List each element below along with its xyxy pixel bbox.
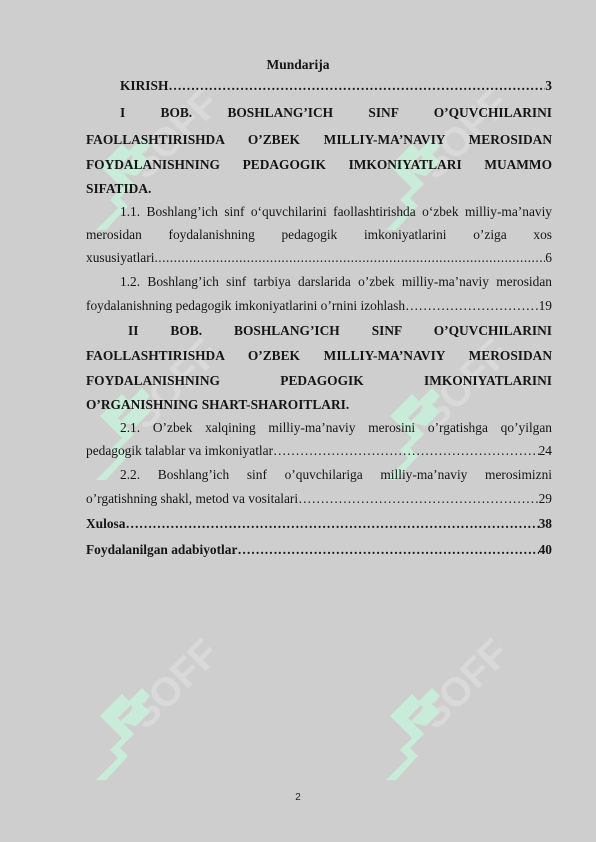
dot-leader — [168, 77, 545, 94]
page-title: Mundarija — [0, 57, 596, 73]
toc-entry-label: Xulosa — [86, 515, 125, 532]
toc-entry-xulosa[interactable]: Xulosa 38 — [86, 515, 552, 532]
toc-section-2-1-line[interactable]: pedagogik talablar va imkoniyatlar 24 — [86, 442, 552, 459]
toc-section-1-1-line[interactable]: xususiyatlari 6 — [86, 249, 552, 266]
toc-chapter-1-line[interactable]: SIFATIDA. — [86, 180, 552, 197]
dot-leader — [237, 541, 538, 558]
dot-leader — [125, 515, 538, 532]
toc-chapter-1-line[interactable]: I BOB. BOSHLANG’ICH SINF O’QUVCHILARINI — [120, 104, 552, 121]
toc-page-number: 29 — [539, 490, 552, 507]
toc-page-number: 40 — [539, 541, 552, 558]
toc-section-1-1-line[interactable]: merosidan foydalanishning pedagogik imko… — [86, 226, 552, 243]
toc-page-number: 24 — [539, 442, 552, 459]
toc-entry-adabiyotlar[interactable]: Foydalanilgan adabiyotlar 40 — [86, 541, 552, 558]
toc-entry-label: foydalanishning pedagogik imkoniyatlarin… — [86, 297, 405, 314]
toc-chapter-2-line[interactable]: II BOB. BOSHLANG’ICH SINF O’QUVCHILARINI — [128, 322, 552, 339]
dot-leader — [298, 490, 539, 507]
toc-page-number: 3 — [545, 77, 552, 94]
toc-chapter-2-line[interactable]: O’RGANISHNING SHART-SHAROITLARI. — [86, 396, 552, 413]
toc-section-1-2-line[interactable]: foydalanishning pedagogik imkoniyatlarin… — [86, 297, 552, 314]
toc-section-2-2-line[interactable]: 2.2. Boshlang’ich sinf o’quvchilariga mi… — [120, 466, 552, 483]
page-number: 2 — [0, 792, 596, 803]
toc-entry-label: o’rgatishning shakl, metod va vositalari — [86, 490, 298, 507]
toc-entry-kirish[interactable]: KIRISH 3 — [120, 77, 552, 94]
toc-page-number: 19 — [539, 297, 552, 314]
toc-chapter-1-line[interactable]: FOYDALANISHNING PEDAGOGIK IMKONIYATLARI … — [86, 156, 552, 173]
toc-page-number: 6 — [545, 249, 552, 266]
dot-leader — [273, 442, 539, 459]
toc-chapter-2-line[interactable]: FOYDALANISHNING PEDAGOGIK IMKONIYATLARIN… — [86, 372, 552, 389]
dot-leader — [405, 297, 539, 314]
toc-section-2-2-line[interactable]: o’rgatishning shakl, metod va vositalari… — [86, 490, 552, 507]
toc-page-number: 38 — [539, 515, 552, 532]
toc-section-1-2-line[interactable]: 1.2. Boshlang’ich sinf tarbiya darslarid… — [120, 273, 552, 290]
toc-entry-label: xususiyatlari — [86, 249, 154, 266]
toc-chapter-2-line[interactable]: FAOLLASHTIRISHDA O’ZBEK MILLIY-MA’NAVIY … — [86, 347, 552, 364]
toc-entry-label: KIRISH — [120, 77, 168, 94]
toc-chapter-1-line[interactable]: FAOLLASHTIRISHDA O’ZBEK MILLIY-MA’NAVIY … — [86, 131, 552, 148]
document-page: Mundarija KIRISH 3 I BOB. BOSHLANG’ICH S… — [0, 0, 596, 842]
toc-entry-label: pedagogik talablar va imkoniyatlar — [86, 442, 273, 459]
dot-leader — [154, 249, 545, 266]
toc-section-2-1-line[interactable]: 2.1. O’zbek xalqining milliy-ma’naviy me… — [120, 419, 552, 436]
toc-section-1-1-line[interactable]: 1.1. Boshlang’ich sinf o‘quvchilarini fa… — [120, 203, 552, 220]
toc-entry-label: Foydalanilgan adabiyotlar — [86, 541, 237, 558]
